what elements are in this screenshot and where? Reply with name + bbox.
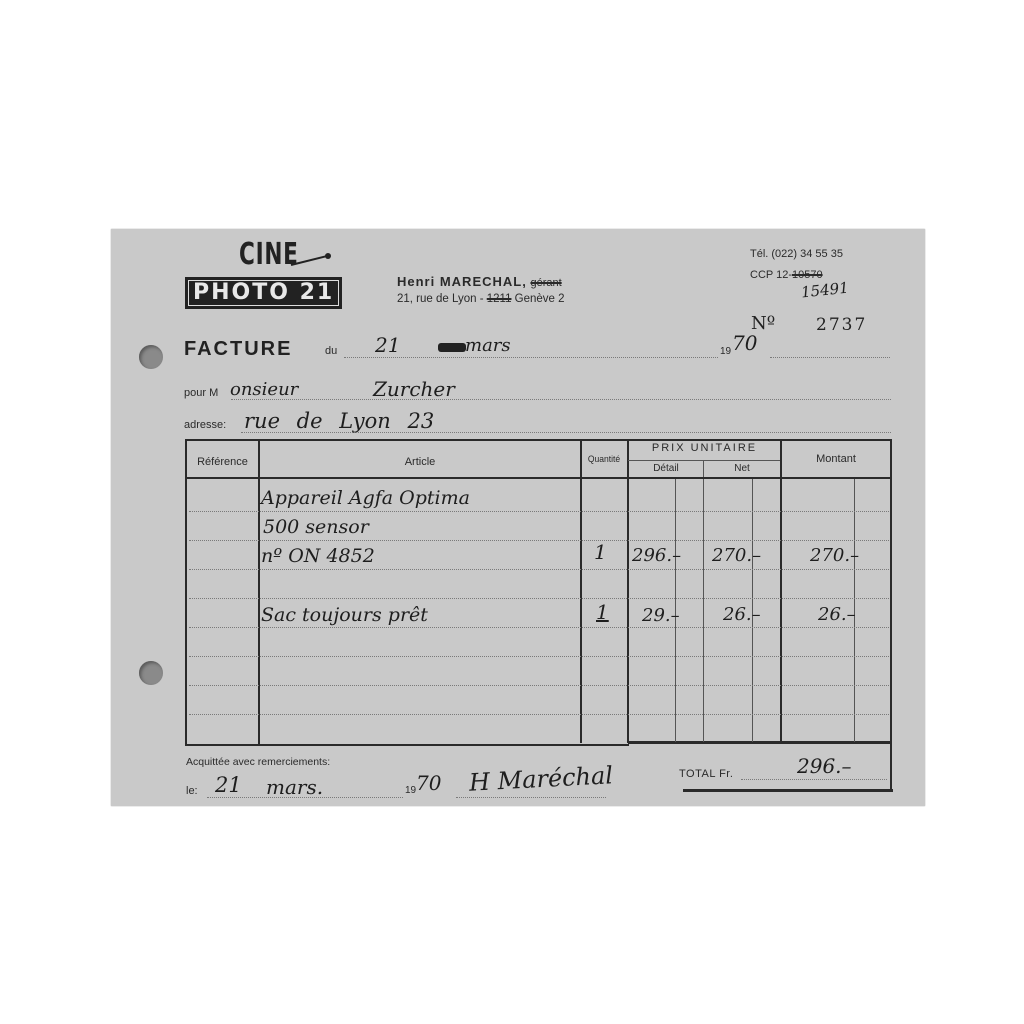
row-rule [189,685,889,686]
row2-amount: 26.– [818,604,856,625]
proprietor-title: gérant [530,277,561,289]
paid-year-prefix: 19 [405,785,416,796]
ccp-struck: 10570 [792,269,823,281]
header-article: Article [260,456,580,468]
col-border-left [185,439,187,746]
customer-name: Zurcher [373,377,455,401]
row2-detail-price: 29.– [642,605,680,626]
invoice-number: 2737 [816,315,867,335]
row1-article-line1: Appareil Agfa Optima [261,487,470,509]
row1-amount: 270.– [810,545,859,566]
phone-number: Tél. (022) 34 55 35 [750,248,843,260]
table-bottom-border-left [185,744,629,746]
header-prix-unitaire: PRIX UNITAIRE [629,442,780,454]
binder-hole-bottom [139,661,163,685]
total-box-right [890,741,892,791]
table-header-bottom-border [185,477,892,479]
col-border-reference [258,439,260,746]
signature-dotline [456,797,606,798]
row2-quantity: 1 [596,600,609,624]
prix-subheader-divider [628,460,780,461]
binder-hole-top [139,345,163,369]
proprietor-name: Henri MARECHAL, [397,274,527,289]
paid-year-suffix: 70 [416,771,441,795]
row-rule [189,540,889,541]
table-bottom-border-right [628,741,892,744]
ccp-line: CCP 12-10570 [750,269,823,281]
invoice-title: FACTURE [184,338,292,361]
total-underline [683,789,893,792]
row-rule [189,511,889,512]
date-dotline-right [770,357,890,358]
col-border-article [580,439,582,743]
row-rule [189,598,889,599]
customer-dotline [231,399,891,400]
row2-net-price: 26.– [723,604,761,625]
row1-detail-price: 296.– [632,545,681,566]
date-dotline [344,357,718,358]
logo-plug-icon [325,253,331,259]
row-rule [189,569,889,570]
address-dotline [241,432,891,433]
row2-article-line1: Sac toujours prêt [261,604,428,626]
proprietor-line: Henri MARECHAL, gérant [397,274,562,289]
detail-net-divider [703,479,704,742]
address-street: 21, rue de Lyon - [397,293,484,305]
col-border-quantity [627,439,629,743]
total-value: 296.– [797,754,852,778]
paid-day: 21 [215,773,242,797]
header-montant: Montant [782,453,890,465]
invoice-sheet: CINE PHOTO 21 Henri MARECHAL, gérant 21,… [111,229,925,806]
row-rule [189,656,889,657]
col-border-right [890,439,892,746]
row-rule [189,627,889,628]
paid-month: mars. [266,775,323,799]
row-rule [189,714,889,715]
row1-article-line3: nº ON 4852 [261,545,375,567]
customer-label: pour M [184,387,218,399]
signature: H Maréchal [468,761,613,796]
logo-cine-text: CINE [239,237,299,272]
acquittee-label: Acquittée avec remerciements: [186,756,330,768]
header-net: Net [704,463,780,474]
year-prefix: 19 [720,346,731,357]
address-postcode: 1211 [487,293,512,305]
date-scribble [438,343,466,352]
total-dotline [741,779,887,780]
row1-article-line2: 500 sensor [263,516,369,538]
header-detail: Détail [629,463,703,474]
ccp-handwritten: 15491 [800,279,849,302]
table-top-border [185,439,892,441]
row1-quantity: 1 [594,540,607,564]
total-label: TOTAL Fr. [679,768,733,780]
address-label: adresse: [184,419,226,431]
invoice-date-day: 21 [375,333,400,357]
date-du-label: du [325,345,337,357]
col-border-prix [780,439,782,743]
invoice-date-month: mars [465,335,511,356]
logo-photo-21: PHOTO 21 [185,277,342,309]
customer-address: rue de Lyon 23 [244,409,434,433]
header-reference: Référence [187,456,258,468]
ccp-prefix: CCP 12- [750,269,792,281]
paid-date-dotline [207,797,403,798]
year-suffix: 70 [732,331,757,355]
header-quantity: Quantité [583,454,624,465]
row1-net-price: 270.– [712,545,761,566]
address-line: 21, rue de Lyon - 1211 Genève 2 [397,293,565,305]
customer-salutation: onsieur [230,379,298,400]
address-city: Genève 2 [515,293,565,305]
le-label: le: [186,785,198,797]
